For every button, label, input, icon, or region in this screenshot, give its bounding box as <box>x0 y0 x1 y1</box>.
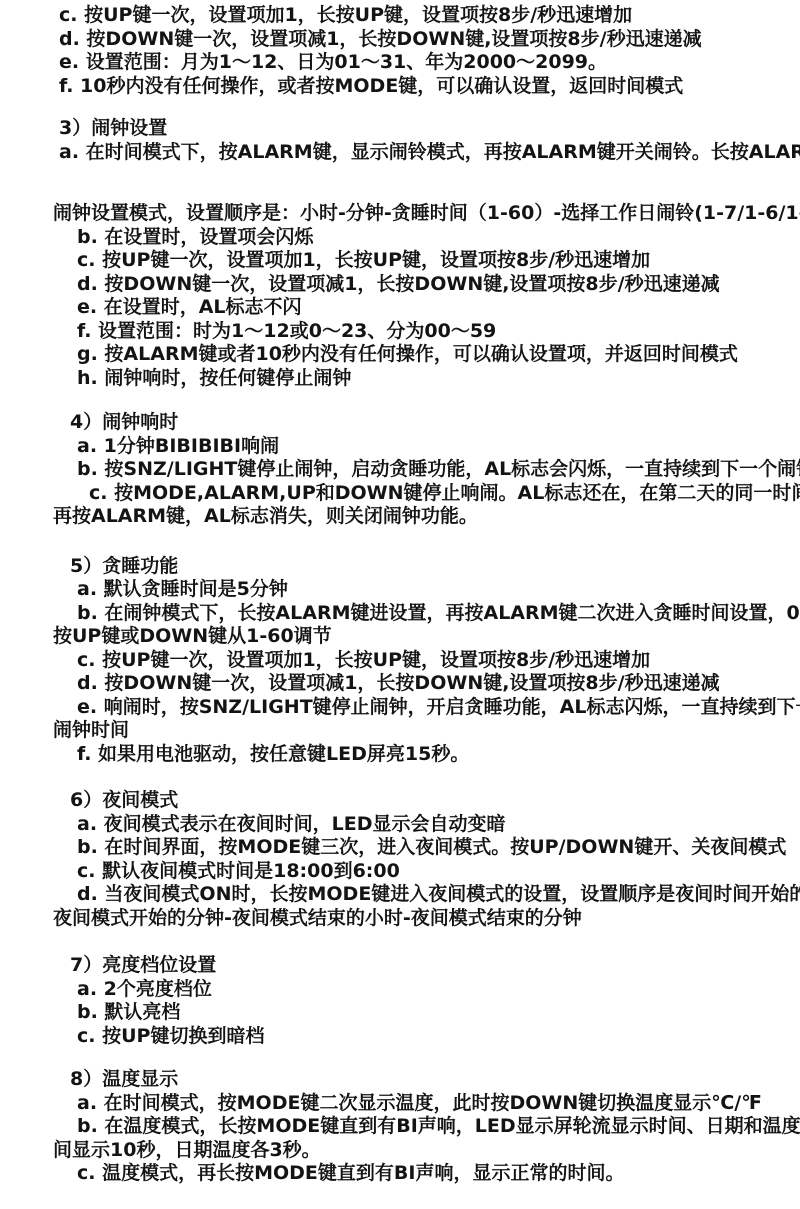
doc-line: 5）贪睡功能 <box>0 555 800 579</box>
doc-line: 4）闹钟响时 <box>0 411 800 435</box>
section-6-night-mode: 6）夜间模式a. 夜间模式表示在夜间时间，LED显示会自动变暗b. 在时间界面，… <box>0 789 800 930</box>
doc-line: 按UP键或DOWN键从1-60调节 <box>0 625 800 649</box>
doc-line: c. 默认夜间模式时间是18:00到6:00 <box>0 860 800 884</box>
doc-line: 7）亮度档位设置 <box>0 954 800 978</box>
doc-line: c. 按MODE,ALARM,UP和DOWN键停止响闹。AL标志还在，在第二天的… <box>0 482 800 506</box>
doc-line: d. 按DOWN键一次，设置项减1，长按DOWN键,设置项按8步/秒迅速递减 <box>0 273 800 297</box>
doc-line: c. 按UP键切换到暗档 <box>0 1025 800 1049</box>
section-2-date-setting-tail: c. 按UP键一次，设置项加1，长按UP键，设置项按8步/秒迅速增加d. 按DO… <box>0 4 800 98</box>
doc-line: e. 在设置时，AL标志不闪 <box>0 296 800 320</box>
doc-line: f. 10秒内没有任何操作，或者按MODE键，可以确认设置，返回时间模式 <box>0 75 800 99</box>
doc-line: c. 温度模式，再长按MODE键直到有BI声响，显示正常的时间。 <box>0 1162 800 1186</box>
doc-line: c. 按UP键一次，设置项加1，长按UP键，设置项按8步/秒迅速增加 <box>0 649 800 673</box>
doc-line: c. 按UP键一次，设置项加1，长按UP键，设置项按8步/秒迅速增加 <box>0 249 800 273</box>
doc-line: f. 如果用电池驱动，按任意键LED屏亮15秒。 <box>0 743 800 767</box>
doc-line: 闹钟时间 <box>0 719 800 743</box>
document-body: c. 按UP键一次，设置项加1，长按UP键，设置项按8步/秒迅速增加d. 按DO… <box>0 0 800 1186</box>
doc-line: h. 闹钟响时，按任何键停止闹钟 <box>0 367 800 391</box>
doc-line: a. 2个亮度档位 <box>0 978 800 1002</box>
doc-line: 间显示10秒，日期温度各3秒。 <box>0 1139 800 1163</box>
doc-line: 闹钟设置模式，设置顺序是：小时-分钟-贪睡时间（1-60）-选择工作日闹铃(1-… <box>0 202 800 226</box>
doc-line: 6）夜间模式 <box>0 789 800 813</box>
doc-line: b. 默认亮档 <box>0 1001 800 1025</box>
doc-line: c. 按UP键一次，设置项加1，长按UP键，设置项按8步/秒迅速增加 <box>0 4 800 28</box>
doc-line: b. 在时间界面，按MODE键三次，进入夜间模式。按UP/DOWN键开、关夜间模… <box>0 836 800 860</box>
doc-line: b. 在设置时，设置项会闪烁 <box>0 226 800 250</box>
doc-line: a. 夜间模式表示在夜间时间，LED显示会自动变暗 <box>0 813 800 837</box>
doc-line: b. 按SNZ/LIGHT键停止闹钟，启动贪睡功能，AL标志会闪烁，一直持续到下… <box>0 458 800 482</box>
doc-line: e. 设置范围：月为1～12、日为01～31、年为2000～2099。 <box>0 51 800 75</box>
section-4-alarm-ringing: 4）闹钟响时a. 1分钟BIBIBIBI响闹b. 按SNZ/LIGHT键停止闹钟… <box>0 411 800 529</box>
doc-line: a. 在时间模式，按MODE键二次显示温度，此时按DOWN键切换温度显示℃/℉ <box>0 1092 800 1116</box>
section-5-snooze-function: 5）贪睡功能a. 默认贪睡时间是5分钟b. 在闹钟模式下，长按ALARM键进设置… <box>0 555 800 767</box>
doc-line: d. 当夜间模式ON时，长按MODE键进入夜间模式的设置，设置顺序是夜间时间开始… <box>0 883 800 907</box>
doc-line: d. 按DOWN键一次，设置项减1，长按DOWN键,设置项按8步/秒迅速递减 <box>0 672 800 696</box>
section-3-alarm-setting: 3）闹钟设置a. 在时间模式下，按ALARM键，显示闹铃模式，再按ALARM键开… <box>0 117 800 390</box>
doc-line: f. 设置范围：时为1～12或0～23、分为00～59 <box>0 320 800 344</box>
doc-line: d. 按DOWN键一次，设置项减1，长按DOWN键,设置项按8步/秒迅速递减 <box>0 28 800 52</box>
doc-line: 夜间模式开始的分钟-夜间模式结束的小时-夜间模式结束的分钟 <box>0 907 800 931</box>
doc-line: b. 在温度模式，长按MODE键直到有BI声响，LED显示屏轮流显示时间、日期和… <box>0 1115 800 1139</box>
section-8-temperature-display: 8）温度显示a. 在时间模式，按MODE键二次显示温度，此时按DOWN键切换温度… <box>0 1068 800 1186</box>
doc-line: b. 在闹钟模式下，长按ALARM键进设置，再按ALARM键二次进入贪睡时间设置… <box>0 602 800 626</box>
doc-line: e. 响闹时，按SNZ/LIGHT键停止闹钟，开启贪睡功能，AL标志闪烁，一直持… <box>0 696 800 720</box>
doc-line: a. 1分钟BIBIBIBI响闹 <box>0 435 800 459</box>
doc-line: 再按ALARM键，AL标志消失，则关闭闹钟功能。 <box>0 505 800 529</box>
doc-line: a. 在时间模式下，按ALARM键，显示闹铃模式，再按ALARM键开关闹铃。长按… <box>0 141 800 165</box>
doc-line: 3）闹钟设置 <box>0 117 800 141</box>
doc-line: 8）温度显示 <box>0 1068 800 1092</box>
doc-line: g. 按ALARM键或者10秒内没有任何操作，可以确认设置项，并返回时间模式 <box>0 343 800 367</box>
doc-line: a. 默认贪睡时间是5分钟 <box>0 578 800 602</box>
section-7-brightness-levels: 7）亮度档位设置a. 2个亮度档位b. 默认亮档c. 按UP键切换到暗档 <box>0 954 800 1048</box>
